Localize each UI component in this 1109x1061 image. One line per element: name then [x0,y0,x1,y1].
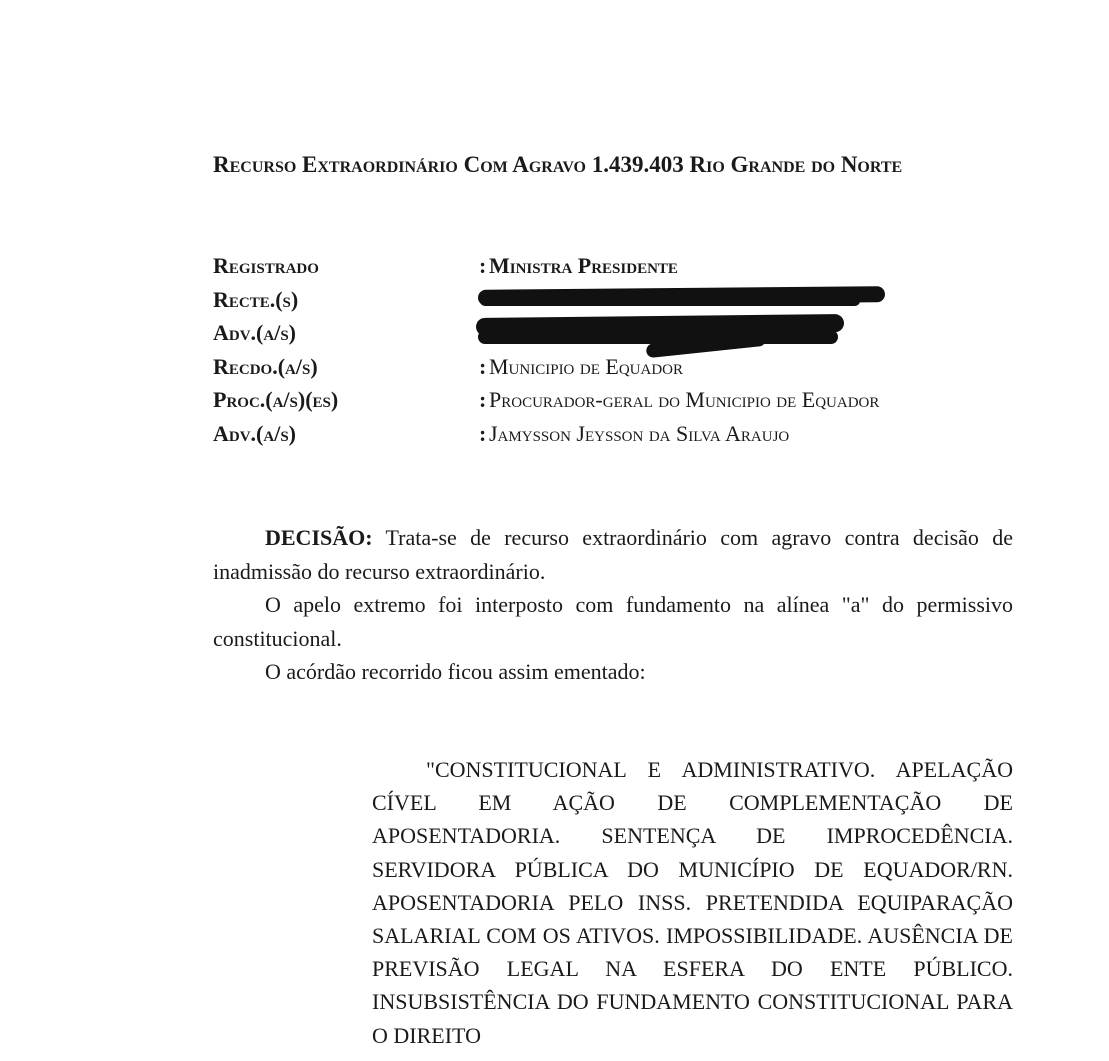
decision-paragraph: O apelo extremo foi interposto com funda… [213,588,1013,655]
party-separator: : [479,417,489,451]
ementa-quote: "CONSTITUCIONAL E ADMINISTRATIVO. APELAÇ… [372,753,1013,1052]
party-row-adv-2: Adv.(a/s) : Jamysson Jeysson da Silva Ar… [213,417,1013,451]
decision-body: DECISÃO: Trata-se de recurso extraordiná… [213,521,1013,689]
party-row-recdo: Recdo.(a/s) : Municipio de Equador [213,350,1013,384]
party-label: Adv.(a/s) [213,316,479,350]
party-row-registrado: Registrado : Ministra Presidente [213,249,1013,283]
decision-label: DECISÃO: [265,525,373,550]
party-separator: : [479,350,489,384]
party-separator: : [479,383,489,417]
party-separator: : [479,249,489,283]
case-title: Recurso Extraordinário Com Agravo 1.439.… [213,148,1013,182]
parties-table: Registrado : Ministra Presidente Recte.(… [213,249,1013,450]
party-value: Municipio de Equador [489,350,1013,384]
party-value: Jamysson Jeysson da Silva Araujo [489,417,1013,451]
redaction-mark [480,296,860,306]
ementa-text: "CONSTITUCIONAL E ADMINISTRATIVO. APELAÇ… [372,753,1013,1052]
party-value: Ministra Presidente [489,249,1013,283]
party-label: Recdo.(a/s) [213,350,479,384]
document-page: Recurso Extraordinário Com Agravo 1.439.… [0,0,1109,1061]
redaction-mark [478,330,838,344]
decision-paragraph: DECISÃO: Trata-se de recurso extraordiná… [213,521,1013,588]
party-label: Registrado [213,249,479,283]
party-value: Procurador-geral do Municipio de Equador [489,383,1013,417]
decision-paragraph: O acórdão recorrido ficou assim ementado… [213,655,1013,689]
party-label: Recte.(s) [213,283,479,317]
party-row-proc: Proc.(a/s)(es) : Procurador-geral do Mun… [213,383,1013,417]
party-label: Proc.(a/s)(es) [213,383,479,417]
party-label: Adv.(a/s) [213,417,479,451]
